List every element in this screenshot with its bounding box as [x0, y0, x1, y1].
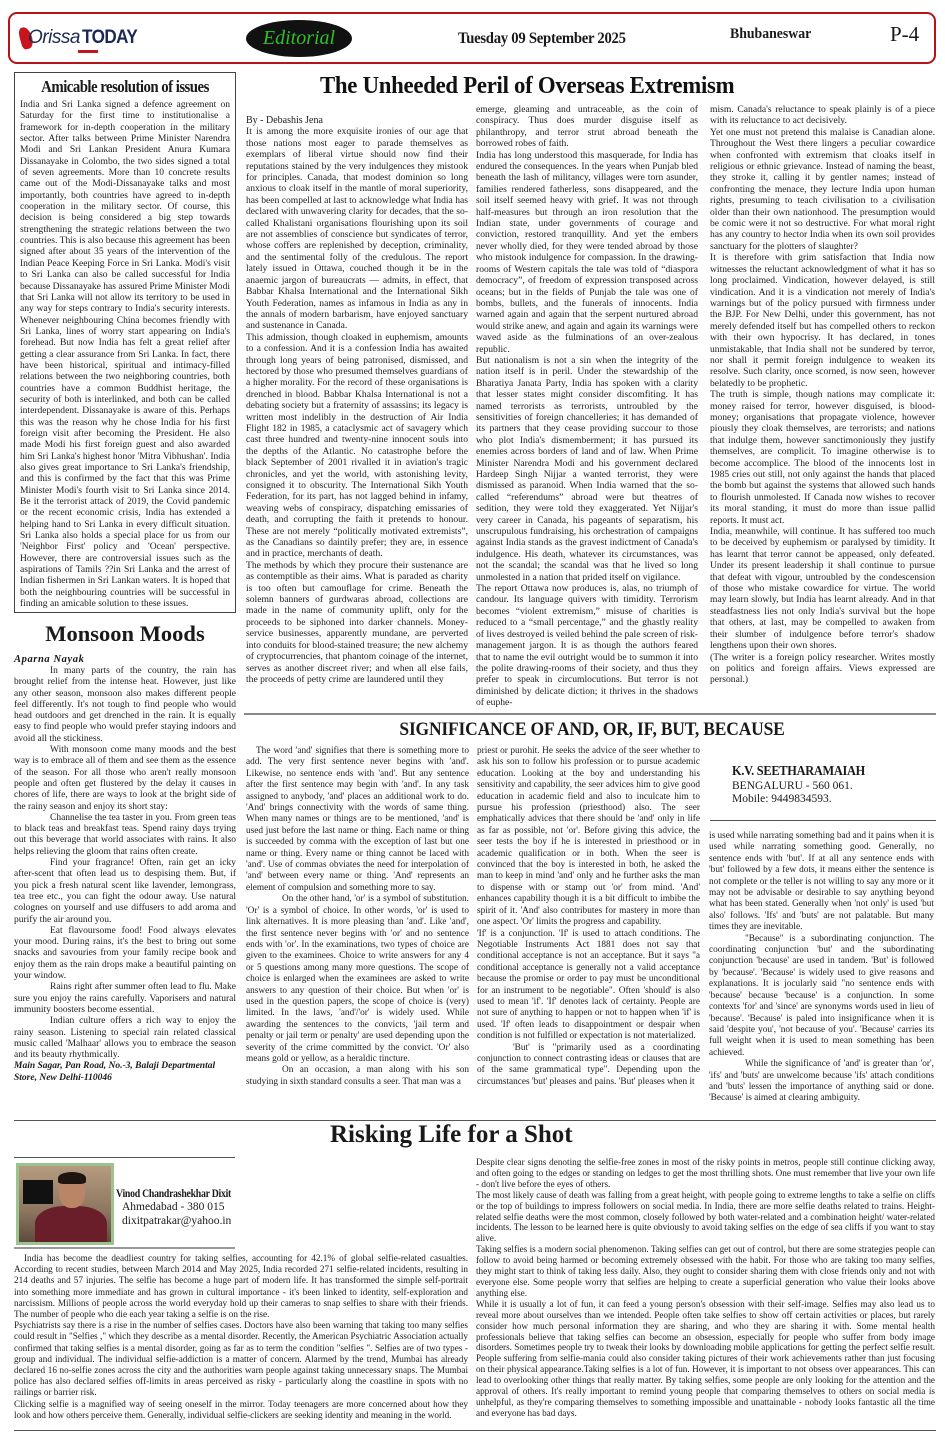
paragraph: Eat flavoursome food! Food always elevat… — [14, 926, 236, 982]
page-number: P-4 — [890, 22, 919, 47]
paragraph: People suffering from selfie-mania could… — [476, 1353, 935, 1418]
paragraph: The truth is simple, though nations may … — [710, 389, 935, 526]
author-city: Ahmedabad - 380 015 — [122, 1200, 251, 1214]
divider — [244, 713, 936, 715]
paragraph: The most likely cause of death was falli… — [476, 1190, 935, 1245]
article-column-right: Despite clear signs denoting the selfie-… — [476, 1157, 935, 1419]
paragraph: Clicking selfie is a magnified way of se… — [14, 1399, 468, 1421]
paragraph: On the other hand, 'or' is a symbol of s… — [246, 894, 469, 1065]
article-column-2: emerge, gleaming and untraceable, as the… — [476, 104, 698, 709]
author-byline: By - Debashis Jena — [246, 115, 468, 126]
author-name: Vinod Chandrashekhar Dixit — [116, 1188, 231, 1200]
paragraph: Find your fragrance! Often, rain get an … — [14, 858, 236, 926]
paragraph: Psychiatrists say there is a rise in the… — [14, 1320, 468, 1398]
article-column-1: By - Debashis Jena It is among the more … — [246, 115, 468, 685]
logo-text-today: TODAY — [82, 27, 137, 49]
author-mobile: Mobile: 9449834593. — [732, 793, 883, 806]
paragraph: While the significance of 'and' is great… — [709, 1059, 934, 1105]
author-address: Main Sagar, Pan Road, No.-3, Balaji Depa… — [14, 1061, 236, 1084]
paragraph: It is among the more exquisite ironies o… — [246, 126, 468, 331]
logo-text-orissa: Orissa — [28, 27, 80, 49]
paragraph: This admission, though cloaked in euphem… — [246, 332, 468, 560]
author-city: BENGALURU - 560 061. — [732, 780, 883, 793]
logo-underline — [78, 50, 98, 53]
paragraph: India has become the deadliest country f… — [14, 1253, 468, 1320]
divider — [14, 1247, 235, 1249]
article-column-1: The word 'and' signifies that there is s… — [246, 746, 469, 1088]
paragraph: mism. Canada's reluctance to speak plain… — [710, 104, 935, 127]
section-badge: Editorial — [246, 20, 352, 57]
paragraph: Indian culture offers a rich way to enjo… — [14, 1016, 236, 1061]
paragraph: priest or purohit. He seeks the advice o… — [477, 746, 700, 929]
paragraph: With monsoon come many moods and the bes… — [14, 745, 236, 813]
article-body: India and Sri Lanka signed a defence agr… — [20, 99, 230, 609]
author-name: K.V. SEETHARAMAIAH — [732, 764, 865, 780]
edition-city: Bhubaneswar — [730, 26, 811, 43]
article-column-2: priest or purohit. He seeks the advice o… — [477, 746, 700, 1088]
paragraph: 'If' is a conjunction. 'If' is used to a… — [477, 929, 700, 1043]
paragraph: But nationalism is not a sin when the in… — [476, 355, 698, 583]
paragraph: Despite clear signs denoting the selfie-… — [476, 1157, 935, 1190]
paragraph: In many parts of the country, the rain h… — [14, 666, 236, 745]
author-box: Vinod Chandrashekhar Dixit Ahmedabad - 3… — [116, 1188, 251, 1228]
author-email[interactable]: dixitpatrakar@yahoo.in — [122, 1214, 251, 1228]
article-column-3: is used while narrating something bad an… — [709, 831, 934, 1105]
paragraph: While it is usually a lot of fun, it can… — [476, 1299, 935, 1354]
paragraph: is used while narrating something bad an… — [709, 831, 934, 934]
author-box: K.V. SEETHARAMAIAH BENGALURU - 560 061. … — [732, 764, 883, 806]
article-headline-risking: Risking Life for a Shot — [330, 1121, 573, 1149]
paragraph: Yet one must not pretend this malaise is… — [710, 127, 935, 252]
paragraph: Rains right after summer often lead to f… — [14, 982, 236, 1016]
paragraph: Taking selfies is a modern social phenom… — [476, 1244, 935, 1299]
newspaper-logo[interactable]: Orissa TODAY — [16, 27, 166, 57]
masthead: Orissa TODAY Editorial Tuesday 09 Septem… — [8, 12, 936, 64]
paragraph: India, meanwhile, will continue. It has … — [710, 526, 935, 651]
divider — [14, 1157, 235, 1158]
divider — [14, 1430, 936, 1431]
article-column-left: India has become the deadliest country f… — [14, 1253, 468, 1421]
paragraph: 'But' is "primarily used as a coordinati… — [477, 1043, 700, 1089]
article-headline-peril: The Unheeded Peril of Overseas Extremism — [320, 72, 734, 100]
paragraph: The report Ottawa now produces is, alas,… — [476, 583, 698, 708]
paragraph: It is therefore with grim satisfaction t… — [710, 252, 935, 389]
article-monsoon-moods: In many parts of the country, the rain h… — [14, 666, 236, 1084]
divider — [710, 820, 936, 821]
paragraph: On an occasion, a man along with his son… — [246, 1065, 469, 1088]
article-column-3: mism. Canada's reluctance to speak plain… — [710, 104, 935, 686]
author-photo — [16, 1163, 114, 1245]
paragraph: India has long understood this masquerad… — [476, 150, 698, 355]
article-headline-significance: SIGNIFICANCE OF AND, OR, IF, BUT, BECAUS… — [288, 719, 895, 741]
paragraph: The word 'and' signifies that there is s… — [246, 746, 469, 894]
article-headline: Amicable resolution of issues — [31, 77, 220, 97]
author-note: (The writer is a foreign policy research… — [710, 652, 935, 686]
paragraph: emerge, gleaming and untraceable, as the… — [476, 104, 698, 150]
author-byline: Aparna Nayak — [14, 654, 85, 665]
paragraph: The methods by which they procure their … — [246, 560, 468, 685]
article-headline-monsoon: Monsoon Moods — [14, 621, 236, 647]
article-amicable-resolution: Amicable resolution of issues India and … — [14, 72, 236, 613]
paragraph: "Because" is a subordinating conjunction… — [709, 934, 934, 1059]
paragraph: Channelise the tea taster in you. From g… — [14, 813, 236, 858]
issue-date: Tuesday 09 September 2025 — [458, 30, 626, 48]
